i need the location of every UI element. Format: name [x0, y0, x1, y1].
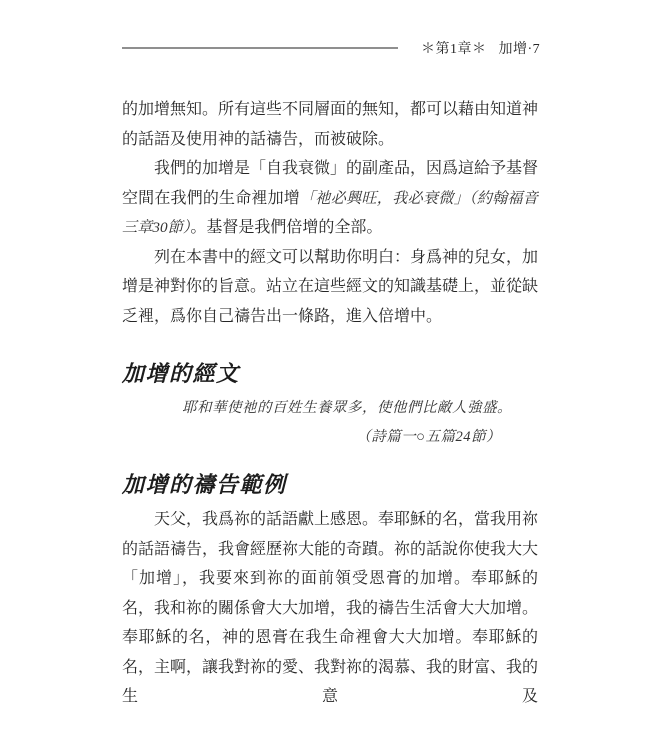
- section-heading-prayer-example: 加增的禱告範例: [122, 468, 538, 502]
- prayer-paragraph: 天父，我爲祢的話語獻上感恩。奉耶穌的名，當我用祢的話語禱告，我會經歷祢大能的奇蹟…: [122, 505, 538, 712]
- section-heading-scriptures: 加增的經文: [122, 357, 538, 391]
- section-page-label: 加增·7: [499, 42, 541, 57]
- body-paragraph: 列在本書中的經文可以幫助你明白：身爲神的兒女，加增是神對你的旨意。站立在這些經文…: [122, 243, 538, 332]
- body-paragraph: 我們的加增是「自我衰微」的副產品，因爲這給予基督空間在我們的生命裡加增「祂必興旺…: [122, 154, 538, 243]
- book-page: ＊第1章＊加增·7 的加增無知。所有這些不同層面的無知，都可以藉由知道神的話語及…: [0, 0, 650, 750]
- paragraph-segment: 。基督是我們倍增的全部。: [190, 219, 382, 236]
- verse-reference: （詩篇一○五篇24節）: [122, 423, 538, 452]
- header-rule: [122, 47, 398, 49]
- chapter-marker: ＊第1章＊: [421, 42, 487, 57]
- body-paragraph-continuation: 的加增無知。所有這些不同層面的無知，都可以藉由知道神的話語及使用神的話禱告，而被…: [122, 95, 538, 154]
- verse-quote: 耶和華使祂的百姓生養眾多，使他們比敵人強盛。: [122, 394, 538, 423]
- running-header: ＊第1章＊加增·7: [421, 38, 540, 58]
- text-column: 的加增無知。所有這些不同層面的無知，都可以藉由知道神的話語及使用神的話禱告，而被…: [122, 95, 538, 712]
